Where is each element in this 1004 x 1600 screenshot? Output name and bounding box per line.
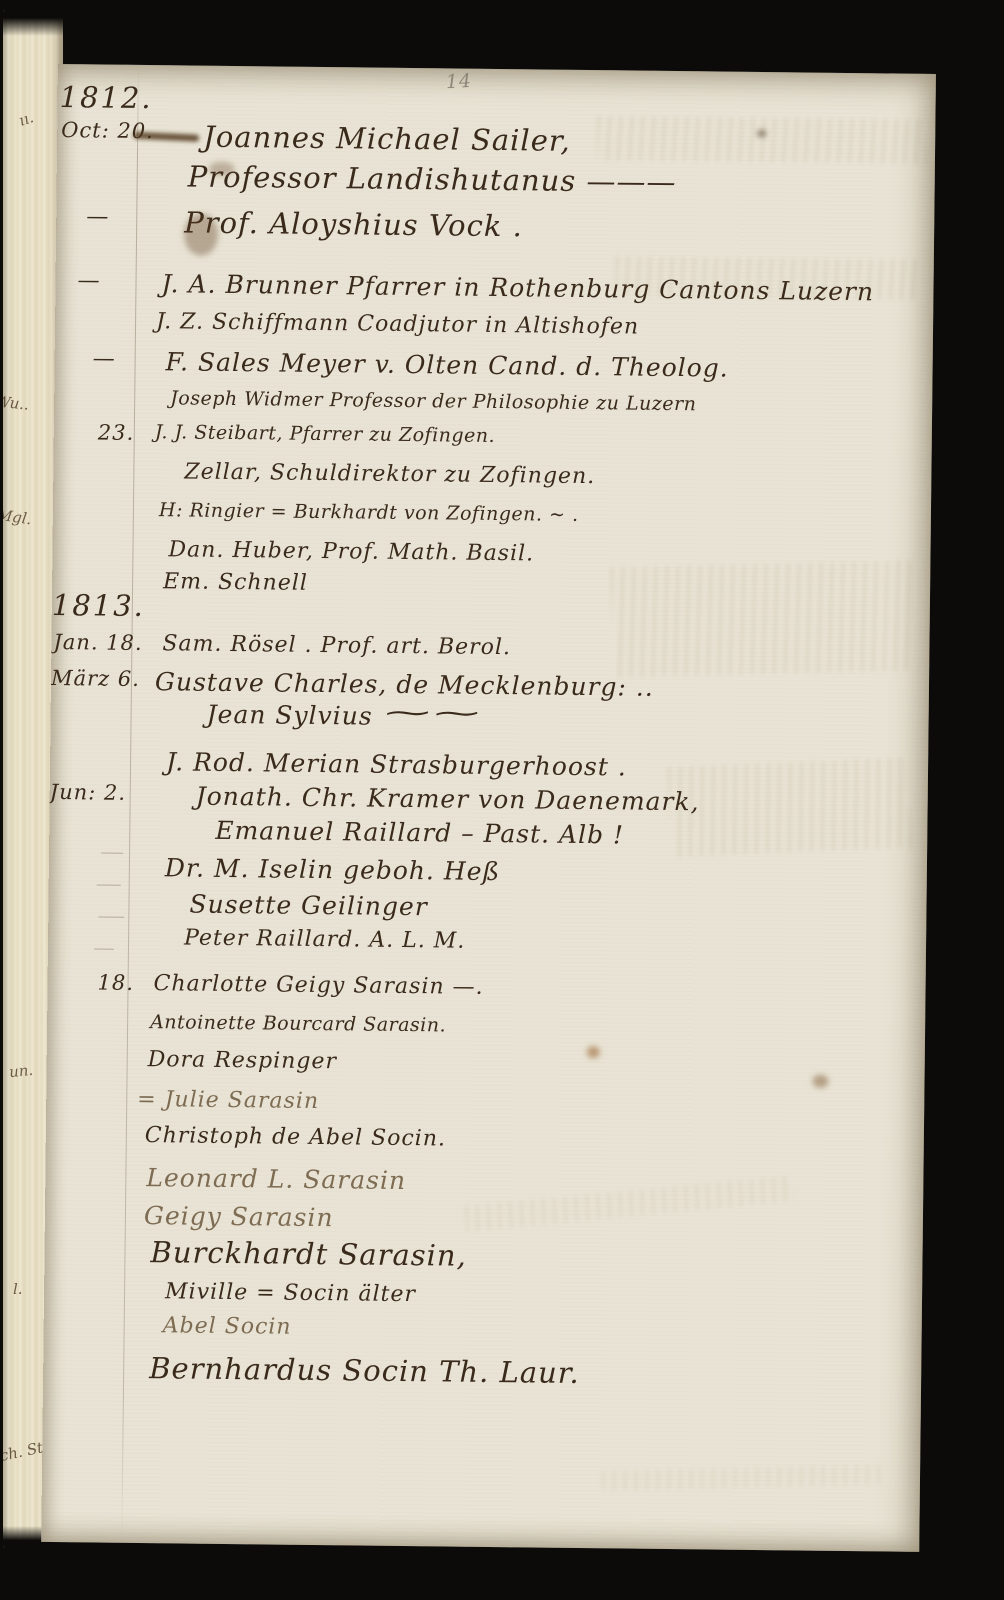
entry-text: J. Z. Schiffmann Coadjutor in Altishofen	[156, 309, 639, 339]
edge-ink-mark: l.	[13, 1280, 23, 1298]
entry-text: Peter Raillard. A. L. M.	[184, 925, 465, 953]
scanned-manuscript: ıı.Wu..Mgl.un.l.ch. Sta. Stu 14 1812.Oct…	[0, 0, 1004, 1600]
margin-date: —	[93, 346, 116, 371]
entry-text: Miville = Socin älter	[165, 1279, 416, 1307]
entry-line: = Julie Sarasin	[46, 1086, 924, 1096]
manuscript-page: 14 1812.Oct: 20.Joannes Michael Sailer,P…	[41, 64, 936, 1552]
margin-date: 18.	[97, 971, 134, 995]
entry-text: Charlotte Geigy Sarasin —.	[153, 971, 483, 1000]
margin-date: —	[77, 268, 100, 293]
paper-stain	[587, 1046, 600, 1058]
entry-line: —Prof. Aloyshius Vock .	[56, 204, 934, 214]
year-heading: 1813.	[52, 588, 145, 623]
edge-ink-mark: Wu..	[3, 392, 30, 413]
entry-text: Prof. Aloyshius Vock .	[184, 205, 523, 243]
entries-list: 1812.Oct: 20.Joannes Michael Sailer,Prof…	[58, 64, 936, 74]
entry-text: Leonard L. Sarasin	[146, 1163, 406, 1195]
edge-ink-mark: ıı.	[17, 108, 36, 130]
entry-line: Joseph Widmer Professor der Philosophie …	[54, 386, 932, 396]
entry-text: Dora Respinger	[148, 1047, 338, 1074]
margin-date: 23.	[98, 420, 135, 444]
entry-text: J. J. Steibart, Pfarrer zu Zofingen.	[155, 421, 496, 447]
entry-text: Zellar, Schuldirektor zu Zofingen.	[184, 459, 595, 489]
entry-line: J. Z. Schiffmann Coadjutor in Altishofen	[55, 308, 933, 318]
entry-text: Joseph Widmer Professor der Philosophie …	[170, 387, 696, 415]
entry-line: Burckhardt Sarasin,	[45, 1234, 923, 1244]
margin-date: Jan. 18.	[53, 630, 142, 655]
page-number: 14	[445, 70, 472, 93]
entry-text: Dan. Huber, Prof. Math. Basil.	[168, 537, 534, 566]
entry-line: Miville = Socin älter	[44, 1278, 922, 1288]
entry-text: Emanuel Raillard – Past. Alb !	[215, 816, 624, 850]
paper-stain	[812, 1075, 828, 1088]
entry-line: Dora Respinger	[47, 1046, 925, 1056]
entry-text: F. Sales Meyer v. Olten Cand. d. Theolog…	[165, 347, 728, 382]
entry-text: Professor Landishutanus ———	[188, 159, 677, 199]
margin-date: Oct: 20.	[61, 118, 154, 143]
edge-ink-mark: un.	[8, 1061, 34, 1081]
edge-ink-mark: Mgl.	[3, 506, 33, 529]
entry-line: Dan. Huber, Prof. Math. Basil.	[53, 536, 931, 546]
entry-line: J. Rod. Merian Strasburgerhoost .	[50, 746, 928, 756]
entry-text: Antoinette Bourcard Sarasin.	[150, 1011, 446, 1036]
entry-text: Burckhardt Sarasin,	[150, 1235, 467, 1273]
entry-line: Abel Socin	[44, 1312, 922, 1322]
entry-line: Leonard L. Sarasin	[46, 1162, 924, 1172]
entry-text: Jonath. Chr. Kramer von Daenemark,	[196, 782, 700, 817]
pen-flourish: ~~	[380, 698, 479, 728]
entry-line: Susette Geilinger	[49, 888, 927, 898]
entry-line: 1812.	[58, 80, 936, 90]
margin-date: März 6.	[51, 666, 140, 691]
entry-text: Bernhardus Socin Th. Laur.	[149, 1351, 580, 1390]
entry-line: H: Ringier = Burkhardt von Zofingen. ~ .	[53, 498, 931, 508]
entry-text: J. Rod. Merian Strasburgerhoost .	[166, 747, 627, 781]
entry-text: Abel Socin	[163, 1313, 292, 1339]
entry-line: Antoinette Bourcard Sarasin.	[47, 1010, 925, 1020]
entry-line: Peter Raillard. A. L. M.	[48, 924, 926, 934]
entry-text: Susette Geilinger	[189, 890, 428, 922]
entry-text: Em. Schnell	[163, 569, 308, 596]
entry-text: Dr. M. Iselin geboh. Heß	[165, 853, 501, 886]
entry-text: H: Ringier = Burkhardt von Zofingen. ~ .	[159, 499, 579, 526]
entry-text: Jean Sylvius~~	[206, 700, 448, 732]
ink-smudge	[184, 213, 218, 255]
entry-text: = Julie Sarasin	[137, 1087, 319, 1114]
entry-text: Christoph de Abel Socin.	[145, 1123, 446, 1151]
entry-line: Christoph de Abel Socin.	[46, 1122, 924, 1132]
margin-date: —	[86, 204, 109, 229]
margin-date: Jun: 2.	[50, 780, 127, 805]
entry-line: 18.Charlotte Geigy Sarasin —.	[48, 970, 926, 980]
entry-text: Sam. Rösel . Prof. art. Berol.	[162, 631, 511, 660]
entry-line: Dr. M. Iselin geboh. Heß	[49, 852, 927, 862]
ink-smudge	[209, 162, 235, 176]
entry-text: Joannes Michael Sailer,	[203, 120, 571, 158]
entry-line: Zellar, Schuldirektor zu Zofingen.	[54, 458, 932, 468]
entry-line: —F. Sales Meyer v. Olten Cand. d. Theolo…	[55, 346, 933, 356]
entry-line: Bernhardus Socin Th. Laur.	[43, 1350, 921, 1360]
entry-text: Geigy Sarasin	[144, 1201, 334, 1232]
entry-text: Gustave Charles, de Mecklenburg: ..	[155, 667, 654, 702]
entry-line: 23.J. J. Steibart, Pfarrer zu Zofingen.	[54, 420, 932, 430]
year-heading: 1812.	[59, 80, 152, 115]
